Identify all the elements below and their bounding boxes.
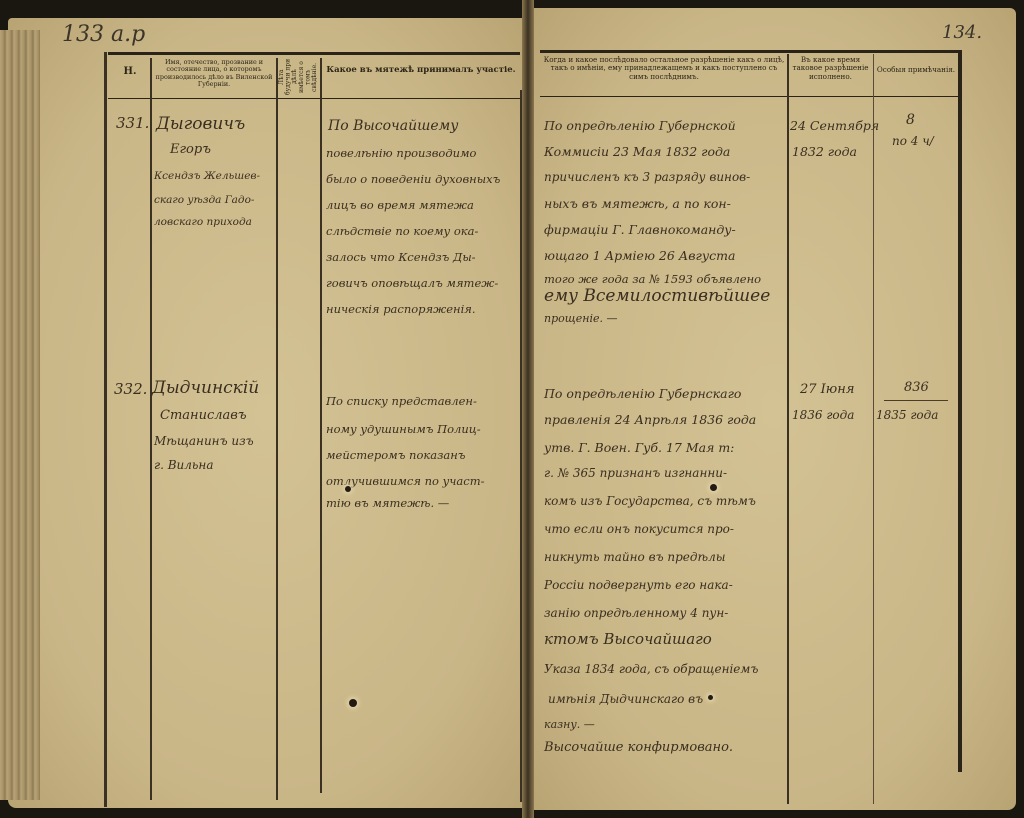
entry-participation-line: тію въ мятежѣ. — xyxy=(326,496,449,510)
entry-resolution-line: что если онъ покусится про- xyxy=(544,522,734,536)
header-name: Имя, отечество, прозвание и состояние ли… xyxy=(153,59,275,88)
col-divider-years xyxy=(320,58,322,793)
entry-resolution-line: причисленъ къ 3 разряду винов- xyxy=(544,170,750,184)
entry-notes-line: 8 xyxy=(906,112,915,128)
col-divider-resolution xyxy=(787,54,789,804)
left-page-number: 133 а.р xyxy=(62,22,145,47)
entry-resolution-line: Коммисіи 23 Мая 1832 года xyxy=(544,144,730,159)
entry-participation-line: повелѣнію производимо xyxy=(326,146,476,160)
notes-fraction-line xyxy=(884,400,948,401)
entry-participation-line: По Высочайшему xyxy=(328,118,458,134)
header-executed: Въ какое время таковое разрѣшеніе исполн… xyxy=(789,56,872,81)
entry-resolution-line: утв. Г. Воен. Губ. 17 Мая т: xyxy=(544,440,734,455)
entry-resolution-line: ющаго 1 Арміею 26 Августа xyxy=(544,248,735,263)
entry-resolution-line: По опредѣленію Губернскаго xyxy=(544,386,741,401)
entry-resolution-line: того же года за № 1593 объявлено xyxy=(544,272,761,286)
header-participation: Какое въ мятежѣ принималъ участіе. xyxy=(322,66,520,76)
entry-participation-line: залось что Ксендзъ Ды- xyxy=(326,250,476,264)
entry-resolution-line: ктомъ Высочайшаго xyxy=(544,630,712,648)
entry-name-line: Дыдчинскій xyxy=(152,378,259,398)
entry-resolution-line: занію опредѣленному 4 пун- xyxy=(544,606,728,620)
paper-hole xyxy=(349,699,357,707)
entry-resolution-line: фирмаціи Г. Главнокоманду- xyxy=(544,222,736,237)
col-divider-executed xyxy=(873,54,874,804)
book-gutter xyxy=(522,0,534,818)
entry-resolution-line: г. № 365 признанъ изгнанни- xyxy=(544,466,727,480)
paper-hole xyxy=(710,484,717,491)
page-edges xyxy=(0,30,40,800)
header-number: Н. xyxy=(112,66,148,78)
entry-participation-line: было о поведеніи духовныхъ xyxy=(326,172,500,186)
entry-number: 331. xyxy=(116,114,149,132)
left-outer-border xyxy=(104,52,107,807)
entry-participation-line: ническія распоряженія. xyxy=(326,302,476,316)
entry-notes-line: 836 xyxy=(904,380,929,395)
entry-resolution-line: Высочайше конфирмовано. xyxy=(544,740,733,755)
header-resolution: Когда и какое послѣдовало остальное разр… xyxy=(542,56,786,81)
entry-resolution-line: ныхъ въ мятежѣ, а по кон- xyxy=(544,196,731,211)
entry-name-line: ловскаго прихода xyxy=(154,216,252,228)
col-divider-participation xyxy=(520,90,522,802)
entry-resolution-line: имѣнія Дыдчинскаго въ xyxy=(548,692,703,706)
entry-name-line: скаго уѣзда Гадо- xyxy=(154,194,254,206)
col-divider-number xyxy=(150,58,152,800)
entry-participation-line: лицъ во время мятежа xyxy=(326,198,474,212)
entry-name-line: Станиславъ xyxy=(160,408,247,423)
entry-participation-line: говичъ оповѣщалъ мятеж- xyxy=(326,276,498,290)
paper-hole xyxy=(708,695,713,700)
entry-name-line: Дыговичъ xyxy=(156,114,245,134)
entry-executed-line: 24 Сентября xyxy=(790,118,879,133)
entry-resolution-line: правленія 24 Апрѣля 1836 года xyxy=(544,412,756,427)
entry-resolution-line: Россіи подвергнуть его нака- xyxy=(544,578,733,592)
entry-resolution-line: Указа 1834 года, съ обращеніемъ xyxy=(544,662,758,676)
entry-notes-line: по 4 ч/ xyxy=(892,134,934,148)
col-divider-name xyxy=(276,58,278,800)
entry-name-line: г. Вильна xyxy=(154,458,213,472)
entry-resolution-line: По опредѣленію Губернской xyxy=(544,118,736,133)
entry-resolution-line: комъ изъ Государства, съ тѣмъ xyxy=(544,494,756,508)
entry-resolution-line: ему Всемилостивѣйшее xyxy=(544,286,770,306)
right-outer-border xyxy=(958,50,962,772)
left-top-rule xyxy=(108,52,520,55)
right-page-number: 134. xyxy=(942,22,982,43)
header-years: Лѣта будучи при дѣлѣ имѣется о томъ свѣд… xyxy=(279,58,319,96)
paper-hole xyxy=(345,486,351,492)
entry-participation-line: слѣдствіе по коему ока- xyxy=(326,224,478,238)
right-header-bottom-rule xyxy=(540,96,958,97)
entry-resolution-line: казну. — xyxy=(544,718,595,731)
entry-participation-line: мейстеромъ показанъ xyxy=(326,448,465,462)
entry-resolution-line: никнуть тайно въ предѣлы xyxy=(544,550,726,564)
entry-executed-line: 1832 года xyxy=(792,144,857,159)
entry-notes-line: 1835 года xyxy=(876,408,938,422)
entry-participation-line: ному удушинымъ Полиц- xyxy=(326,422,481,436)
left-header-bottom-rule xyxy=(108,98,520,99)
header-notes: Особыя примѣчанія. xyxy=(875,66,957,74)
entry-executed-line: 1836 года xyxy=(792,408,854,422)
entry-name-line: Мѣщанинъ изъ xyxy=(154,434,254,448)
left-page xyxy=(8,18,526,808)
ledger-spread: 133 а.р 134. Н. Имя, отечество, прозвани… xyxy=(0,0,1024,818)
entry-resolution-line: прощеніе. — xyxy=(544,312,618,325)
entry-name-line: Ксендзъ Жельшев- xyxy=(154,170,260,182)
entry-executed-line: 27 Іюня xyxy=(800,382,854,397)
right-top-rule xyxy=(540,50,960,53)
entry-number: 332. xyxy=(114,380,147,398)
entry-participation-line: По списку представлен- xyxy=(326,394,477,408)
entry-name-line: Егоръ xyxy=(170,142,211,157)
